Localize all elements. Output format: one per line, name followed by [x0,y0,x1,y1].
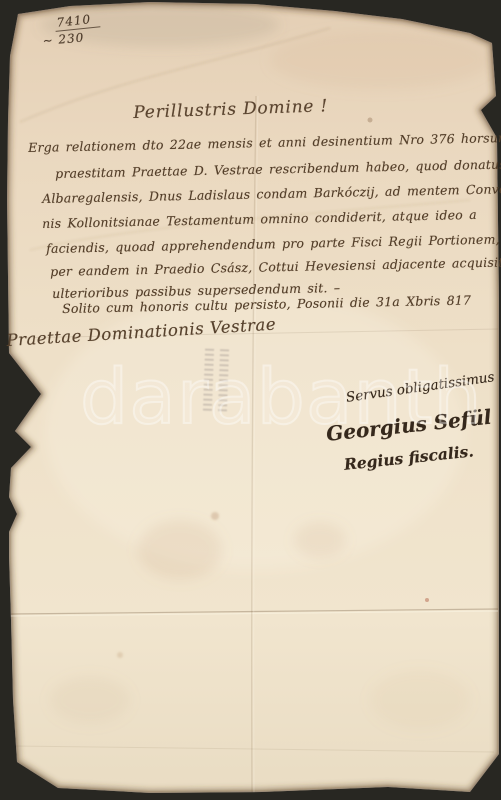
paper-sheet [0,0,501,800]
document-photo: 7410 ~ 230 Perillustris Domine ! Erga re… [0,0,501,800]
ink-stamp-text-column [203,349,214,411]
ink-stamp [203,349,229,412]
